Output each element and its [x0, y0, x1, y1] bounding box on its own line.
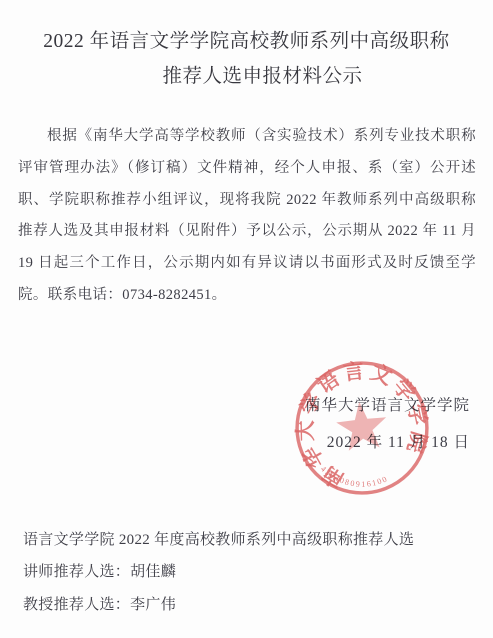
- document-title: 2022 年语言文学学院高校教师系列中高级职称 推荐人选申报材料公示: [0, 24, 493, 94]
- appendix-label: 讲师推荐人选：: [23, 564, 130, 580]
- body-line: 院。联系电话：0734-8282451。: [18, 280, 476, 312]
- official-seal: 南华大学语言文学学院 4304080916100: [291, 357, 433, 499]
- announcement-body: 根据《南华大学高等学校教师（含实验技术）系列专业技术职称 评审管理办法》（修订稿…: [18, 121, 476, 312]
- recommendation-list: 语言文学学院 2022 年度高校教师系列中高级职称推荐人选 讲师推荐人选：胡佳麟…: [23, 524, 473, 621]
- title-line-1: 2022 年语言文学学院高校教师系列中高级职称: [0, 24, 493, 59]
- body-line: 推荐人选及其申报材料（见附件）予以公示，公示期从 2022 年 11 月: [18, 216, 476, 248]
- body-line: 职、学院职称推荐小组评议，现将我院 2022 年教师系列中高级职称: [18, 185, 476, 217]
- body-line: 评审管理办法》（修订稿）文件精神，经个人申报、系（室）公开述: [18, 153, 476, 185]
- appendix-item: 教授推荐人选：李广伟: [23, 589, 473, 621]
- seal-star-icon: [334, 399, 389, 452]
- appendix-item: 讲师推荐人选：胡佳麟: [23, 556, 473, 588]
- appendix-name: 李广伟: [130, 597, 176, 613]
- body-line: 根据《南华大学高等学校教师（含实验技术）系列专业技术职称: [18, 121, 476, 153]
- document-page: 2022 年语言文学学院高校教师系列中高级职称 推荐人选申报材料公示 根据《南华…: [0, 0, 493, 638]
- appendix-label: 教授推荐人选：: [23, 597, 130, 613]
- title-line-2: 推荐人选申报材料公示: [16, 59, 493, 94]
- appendix-name: 胡佳麟: [130, 564, 176, 580]
- body-line: 19 日起三个工作日，公示期内如有异议请以书面形式及时反馈至学: [18, 248, 476, 280]
- appendix-heading: 语言文学学院 2022 年度高校教师系列中高级职称推荐人选: [23, 524, 473, 556]
